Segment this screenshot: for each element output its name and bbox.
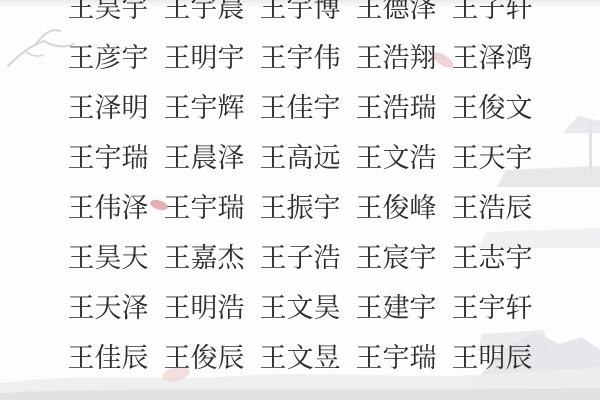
name-item: 王德泽 (356, 0, 437, 22)
name-item: 王俊辰 (164, 344, 245, 372)
name-item: 王昊天 (68, 244, 149, 272)
name-row: 王天泽 王明浩 王文昊 王建宇 王宇轩 (0, 294, 600, 344)
names-grid: 王昊宇 王宇晨 王宇博 王德泽 王子轩 王彦宇 王明宇 王宇伟 王浩翔 王泽鸿 … (0, 0, 600, 394)
name-list-image: 王昊宇 王宇晨 王宇博 王德泽 王子轩 王彦宇 王明宇 王宇伟 王浩翔 王泽鸿 … (0, 0, 600, 400)
name-item: 王子轩 (452, 0, 533, 22)
name-row: 王昊宇 王宇晨 王宇博 王德泽 王子轩 (0, 0, 600, 44)
name-item: 王俊峰 (356, 194, 437, 222)
name-item: 王宇轩 (452, 294, 533, 322)
name-item: 王建宇 (356, 294, 437, 322)
name-item: 王俊文 (452, 94, 533, 122)
name-item: 王伟泽 (68, 194, 149, 222)
name-item: 王佳宇 (260, 94, 341, 122)
name-item: 王浩翔 (356, 44, 437, 72)
name-row: 王昊天 王嘉杰 王子浩 王宸宇 王志宇 (0, 244, 600, 294)
name-item: 王明宇 (164, 44, 245, 72)
name-item: 王明浩 (164, 294, 245, 322)
name-item: 王文昱 (260, 344, 341, 372)
name-item: 王文昊 (260, 294, 341, 322)
name-item: 王天宇 (452, 144, 533, 172)
name-item: 王浩瑞 (356, 94, 437, 122)
name-item: 王晨泽 (164, 144, 245, 172)
name-row: 王泽明 王宇辉 王佳宇 王浩瑞 王俊文 (0, 94, 600, 144)
name-item: 王宇瑞 (356, 344, 437, 372)
name-item: 王文浩 (356, 144, 437, 172)
name-item: 王明辰 (452, 344, 533, 372)
name-row: 王彦宇 王明宇 王宇伟 王浩翔 王泽鸿 (0, 44, 600, 94)
name-item: 王浩辰 (452, 194, 533, 222)
name-item: 王宇瑞 (164, 194, 245, 222)
name-item: 王天泽 (68, 294, 149, 322)
name-item: 王宇辉 (164, 94, 245, 122)
name-item: 王佳辰 (68, 344, 149, 372)
name-item: 王子浩 (260, 244, 341, 272)
name-item: 王嘉杰 (164, 244, 245, 272)
name-item: 王泽鸿 (452, 44, 533, 72)
name-item: 王宇伟 (260, 44, 341, 72)
name-item: 王泽明 (68, 94, 149, 122)
name-item: 王志宇 (452, 244, 533, 272)
name-item: 王彦宇 (68, 44, 149, 72)
name-item: 王振宇 (260, 194, 341, 222)
name-item: 王宇瑞 (68, 144, 149, 172)
name-item: 王高远 (260, 144, 341, 172)
name-row: 王佳辰 王俊辰 王文昱 王宇瑞 王明辰 (0, 344, 600, 394)
name-item: 王宸宇 (356, 244, 437, 272)
name-item: 王宇博 (260, 0, 341, 22)
name-row: 王伟泽 王宇瑞 王振宇 王俊峰 王浩辰 (0, 194, 600, 244)
name-item: 王昊宇 (68, 0, 149, 22)
name-item: 王宇晨 (164, 0, 245, 22)
name-row: 王宇瑞 王晨泽 王高远 王文浩 王天宇 (0, 144, 600, 194)
